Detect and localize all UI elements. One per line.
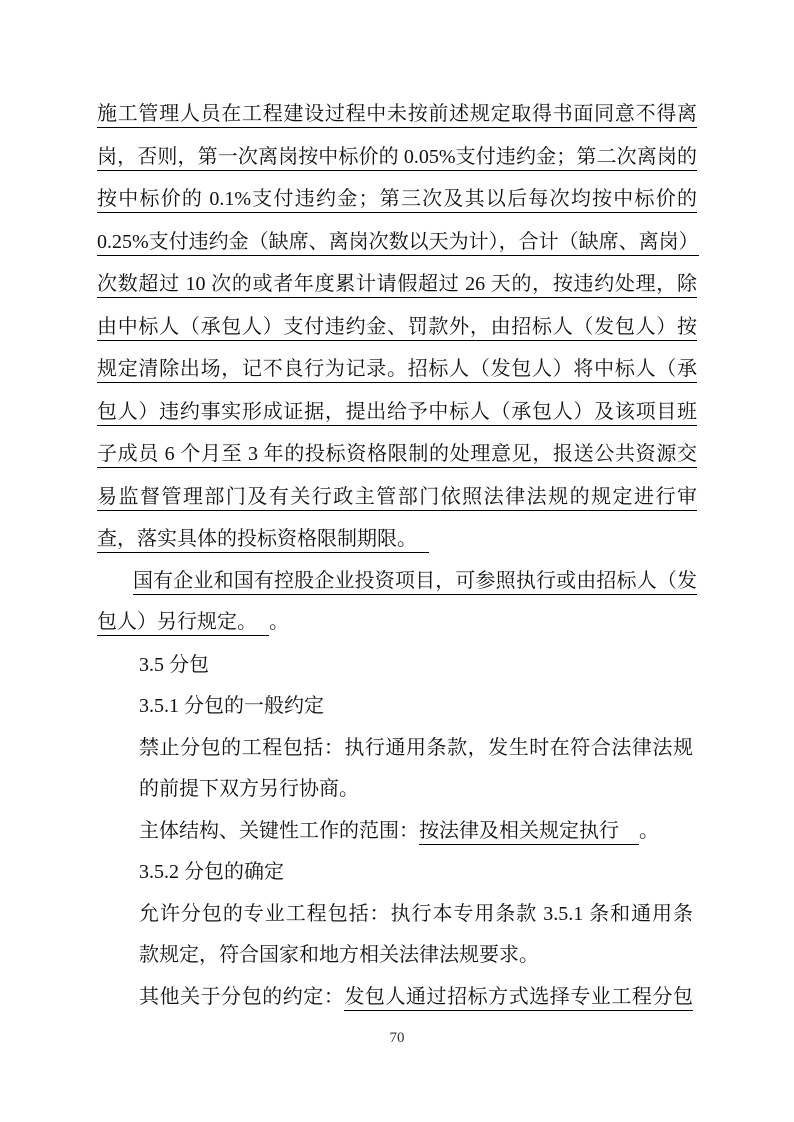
document-page: 施工管理人员在工程建设过程中未按前述规定取得书面同意不得离 岗，否则，第一次离岗… — [0, 0, 794, 1122]
paragraph-line: 施工管理人员在工程建设过程中未按前述规定取得书面同意不得离 — [97, 93, 697, 136]
section-heading-3-5-1: 3.5.1 分包的一般约定 — [139, 686, 693, 728]
paragraph-line: 包人）另行规定。。 — [97, 602, 697, 643]
section-3-5-block: 3.5 分包 3.5.1 分包的一般约定 禁止分包的工程包括：执行通用条款，发生… — [139, 645, 693, 1019]
paragraph-main-structure-scope: 主体结构、关键性工作的范围：按法律及相关规定执行。 — [139, 811, 693, 853]
paragraph-line: 国有企业和国有控股企业投资项目，可参照执行或由招标人（发 — [97, 561, 697, 602]
paragraph-text: 禁止分包的工程包括：执行通用条款，发生时在符合法律法规 — [139, 737, 693, 759]
underlined-text: 查，落实具体的投标资格限制期限。 — [97, 528, 429, 553]
underlined-text: 国有企业和国有控股企业投资项目，可参照执行或由招标人（发 — [133, 570, 697, 595]
paragraph-line: 禁止分包的工程包括：执行通用条款，发生时在符合法律法规 — [139, 728, 693, 770]
underlined-fill-in: 发包人通过招标方式选择专业工程分包 — [344, 986, 693, 1011]
page-number: 70 — [0, 1030, 794, 1047]
paragraph-text: 其他关于分包的约定： — [139, 986, 344, 1008]
paragraph-line: 按中标价的 0.1%支付违约金；第三次及其以后每次均按中标价的 — [97, 178, 697, 221]
paragraph-text: 的前提下双方另行协商。 — [139, 778, 359, 800]
page-content: 施工管理人员在工程建设过程中未按前述规定取得书面同意不得离 岗，否则，第一次离岗… — [97, 93, 697, 1018]
underlined-text: 施工管理人员在工程建设过程中未按前述规定取得书面同意不得离 — [97, 103, 697, 128]
paragraph-other-subcontract-terms: 其他关于分包的约定：发包人通过招标方式选择专业工程分包 — [139, 977, 693, 1019]
underlined-text: 子成员 6 个月至 3 年的投标资格限制的处理意见，报送公共资源交 — [97, 443, 697, 468]
paragraph-line: 易监督管理部门及有关行政主管部门依照法律法规的规定进行审 — [97, 476, 697, 519]
paragraph-prohibited-subcontract: 禁止分包的工程包括：执行通用条款，发生时在符合法律法规 的前提下双方另行协商。 — [139, 728, 693, 811]
paragraph-allowed-subcontract: 允许分包的专业工程包括：执行本专用条款 3.5.1 条和通用条 款规定，符合国家… — [139, 894, 693, 977]
underlined-text: 按中标价的 0.1%支付违约金；第三次及其以后每次均按中标价的 — [97, 188, 697, 213]
paragraph-line: 0.25%支付违约金（缺席、离岗次数以天为计），合计（缺席、离岗） — [97, 221, 697, 264]
paragraph-line: 款规定，符合国家和地方相关法律法规要求。 — [139, 935, 693, 977]
paragraph-line: 查，落实具体的投标资格限制期限。 — [97, 518, 697, 561]
underlined-text: 易监督管理部门及有关行政主管部门依照法律法规的规定进行审 — [97, 486, 697, 511]
paragraph-line: 子成员 6 个月至 3 年的投标资格限制的处理意见，报送公共资源交 — [97, 433, 697, 476]
paragraph-violation-terms: 施工管理人员在工程建设过程中未按前述规定取得书面同意不得离 岗，否则，第一次离岗… — [97, 93, 697, 561]
paragraph-line: 次数超过 10 次的或者年度累计请假超过 26 天的，按违约处理，除 — [97, 263, 697, 306]
paragraph-line: 岗，否则，第一次离岗按中标价的 0.05%支付违约金；第二次离岗的 — [97, 136, 697, 179]
paragraph-line: 包人）违约事实形成证据，提出给予中标人（承包人）及该项目班 — [97, 391, 697, 434]
paragraph-line: 允许分包的专业工程包括：执行本专用条款 3.5.1 条和通用条 — [139, 894, 693, 936]
underlined-fill-in: 按法律及相关规定执行 — [419, 820, 639, 845]
underlined-text: 0.25%支付违约金（缺席、离岗次数以天为计），合计（缺席、离岗） — [97, 231, 699, 256]
paragraph-state-owned-note: 国有企业和国有控股企业投资项目，可参照执行或由招标人（发 包人）另行规定。。 — [97, 561, 697, 643]
section-heading-3-5: 3.5 分包 — [139, 645, 693, 687]
underlined-text: 岗，否则，第一次离岗按中标价的 0.05%支付违约金；第二次离岗的 — [97, 146, 697, 171]
underlined-text: 由中标人（承包人）支付违约金、罚款外，由招标人（发包人）按 — [97, 316, 697, 341]
underlined-text: 包人）另行规定。 — [97, 611, 269, 636]
trailing-period: 。 — [269, 611, 289, 633]
underlined-text: 包人）违约事实形成证据，提出给予中标人（承包人）及该项目班 — [97, 401, 697, 426]
trailing-period: 。 — [639, 820, 659, 842]
paragraph-text: 允许分包的专业工程包括：执行本专用条款 3.5.1 条和通用条 — [139, 903, 693, 925]
paragraph-line: 规定清除出场，记不良行为记录。招标人（发包人）将中标人（承 — [97, 348, 697, 391]
underlined-text: 规定清除出场，记不良行为记录。招标人（发包人）将中标人（承 — [97, 358, 697, 383]
underlined-text: 次数超过 10 次的或者年度累计请假超过 26 天的，按违约处理，除 — [97, 273, 697, 298]
paragraph-line: 的前提下双方另行协商。 — [139, 769, 693, 811]
paragraph-line: 由中标人（承包人）支付违约金、罚款外，由招标人（发包人）按 — [97, 306, 697, 349]
paragraph-text: 款规定，符合国家和地方相关法律法规要求。 — [139, 944, 539, 966]
paragraph-text: 主体结构、关键性工作的范围： — [139, 820, 419, 842]
section-heading-3-5-2: 3.5.2 分包的确定 — [139, 852, 693, 894]
